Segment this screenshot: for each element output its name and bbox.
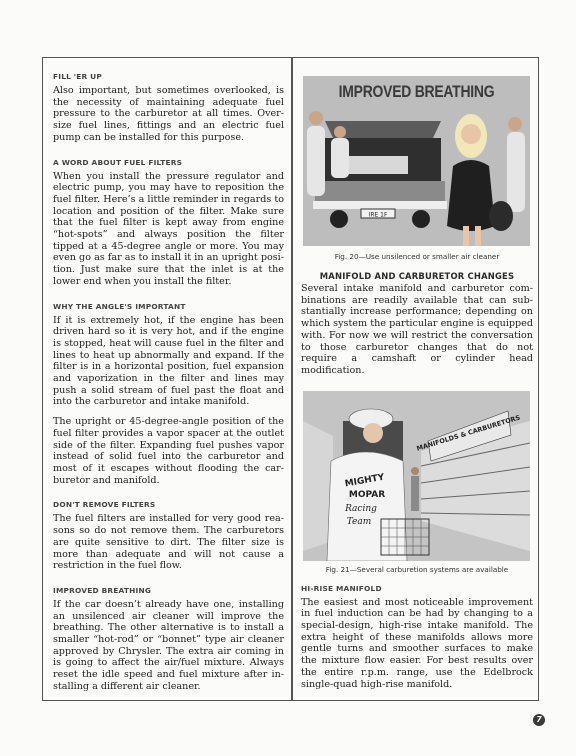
paragraph-manifold-carburetor: Several intake manifold and carburetor c… (301, 283, 533, 377)
right-column: IRE 1F IMPROVED BREATHING Fig. 20—Use un… (301, 72, 533, 690)
svg-text:Team: Team (347, 517, 372, 527)
paragraph-why-angle-1: If it is extremely hot, if the engine ha… (53, 315, 284, 409)
figure-20-title: IMPROVED BREATHING (323, 82, 509, 102)
heading-why-angle: WHY THE ANGLE'S IMPORTANT (53, 302, 284, 311)
parts-store-illustration: MANIFOLDS & CARBURETORS MIGHTY MOPAR Rac… (303, 391, 530, 561)
paragraph-fill-er-up: Also important, but sometimes overlooked… (53, 85, 284, 144)
svg-text:MOPAR: MOPAR (349, 490, 385, 500)
figure-21-caption: Fig. 21—Several carburetion systems are … (301, 565, 533, 574)
paragraph-hi-rise-manifold: The easiest and most noticeable improvem… (301, 597, 533, 691)
heading-improved-breathing: IMPROVED BREATHING (53, 586, 284, 595)
svg-text:Racing: Racing (344, 504, 377, 514)
page-number: 7 (533, 714, 545, 726)
paragraph-why-angle-2: The upright or 45-degree-angle position … (53, 416, 284, 486)
heading-dont-remove: DON'T REMOVE FILTERS (53, 500, 284, 509)
heading-hi-rise-manifold: HI-RISE MANIFOLD (301, 584, 533, 593)
figure-20-caption: Fig. 20—Use unsilenced or smaller air cl… (301, 252, 533, 261)
svg-text:IRE 1F: IRE 1F (369, 212, 388, 219)
heading-manifold-carburetor: MANIFOLD AND CARBURETOR CHANGES (301, 271, 533, 281)
figure-20-illustration: IRE 1F IMPROVED BREATHING (303, 76, 530, 246)
heading-fill-er-up: FILL 'ER UP (53, 72, 284, 81)
heading-fuel-filters: A WORD ABOUT FUEL FILTERS (53, 158, 284, 167)
figure-21-illustration: MANIFOLDS & CARBURETORS MIGHTY MOPAR Rac… (303, 391, 530, 561)
paragraph-dont-remove: The fuel filters are installed for very … (53, 513, 284, 572)
paragraph-fuel-filters: When you install the pressure regulator … (53, 171, 284, 288)
paragraph-improved-breathing: If the car doesn’t already have one, ins… (53, 599, 284, 693)
left-column: FILL 'ER UP Also important, but sometime… (53, 72, 284, 693)
column-divider (291, 57, 293, 701)
